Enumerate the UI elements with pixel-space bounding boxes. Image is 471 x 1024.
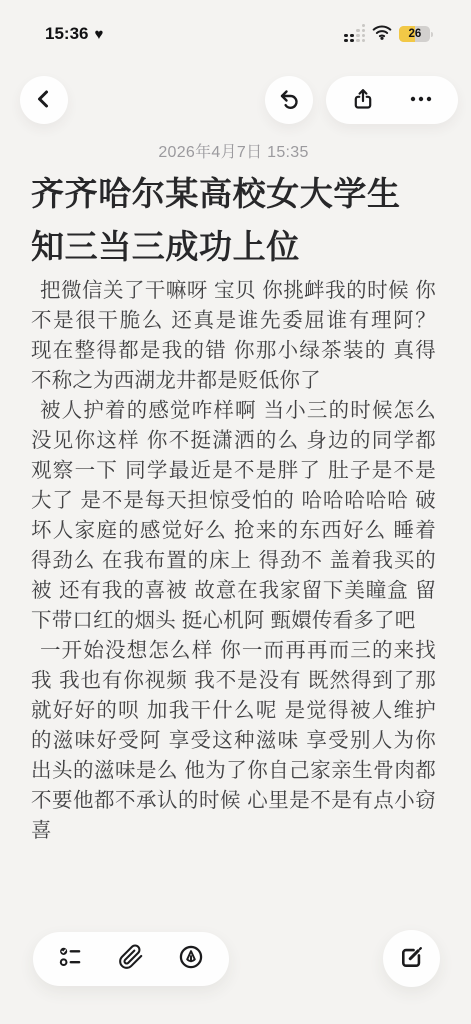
nav-actions-pill	[326, 76, 458, 124]
ellipsis-icon	[408, 87, 434, 114]
paperclip-icon	[118, 944, 144, 973]
note-title[interactable]: 齐齐哈尔某高校女大学生知三当三成功上位	[31, 167, 436, 273]
battery-cap	[431, 32, 433, 37]
checklist-button[interactable]	[49, 937, 93, 981]
note-editor[interactable]: 2026年4月7日 15:35 齐齐哈尔某高校女大学生知三当三成功上位 把微信关…	[0, 139, 471, 846]
attachment-button[interactable]	[109, 937, 153, 981]
more-button[interactable]	[399, 78, 443, 122]
note-paragraph[interactable]: 把微信关了干嘛呀 宝贝 你挑衅我的时候 你不是很干脆么 还真是谁先委屈谁有理阿？…	[31, 276, 436, 396]
share-icon	[351, 87, 375, 114]
format-tools-pill	[33, 932, 229, 986]
status-bar: 15:36 ♥ 26	[0, 16, 471, 52]
note-title-line2: 知三当三成功上位	[31, 228, 300, 265]
wifi-icon	[372, 24, 392, 45]
status-left: 15:36 ♥	[45, 24, 103, 44]
note-paragraph[interactable]: 被人护着的感觉咋样啊 当小三的时候怎么没见你这样 你不挺潇洒的么 身边的同学都观…	[31, 396, 436, 636]
status-time: 15:36	[45, 24, 88, 44]
notes-app-screen: 15:36 ♥ 26	[0, 0, 471, 1024]
nav-bar	[20, 76, 458, 124]
compose-icon	[398, 944, 425, 974]
checklist-icon	[58, 944, 84, 973]
heart-icon: ♥	[94, 27, 103, 42]
note-body[interactable]: 把微信关了干嘛呀 宝贝 你挑衅我的时候 你不是很干脆么 还真是谁先委屈谁有理阿？…	[31, 276, 436, 846]
nav-right-group	[265, 76, 458, 124]
undo-button[interactable]	[265, 76, 313, 124]
share-button[interactable]	[341, 78, 385, 122]
cellular-signal-icon	[344, 26, 365, 42]
back-button[interactable]	[20, 76, 68, 124]
battery-icon: 26	[399, 26, 433, 42]
note-paragraph[interactable]: 一开始没想怎么样 你一而再再而三的来找我 我也有你视频 我不是没有 既然得到了那…	[31, 636, 436, 846]
chevron-left-icon	[32, 87, 56, 114]
note-date: 2026年4月7日 15:35	[31, 139, 436, 162]
undo-icon	[277, 87, 301, 114]
pen-nib-circle-icon	[178, 944, 204, 973]
markup-button[interactable]	[169, 937, 213, 981]
bottom-toolbar	[33, 930, 440, 987]
battery-percent: 26	[399, 26, 430, 42]
note-title-line1: 齐齐哈尔某高校女大学生	[31, 175, 401, 212]
compose-button[interactable]	[383, 930, 440, 987]
status-right: 26	[344, 24, 433, 45]
